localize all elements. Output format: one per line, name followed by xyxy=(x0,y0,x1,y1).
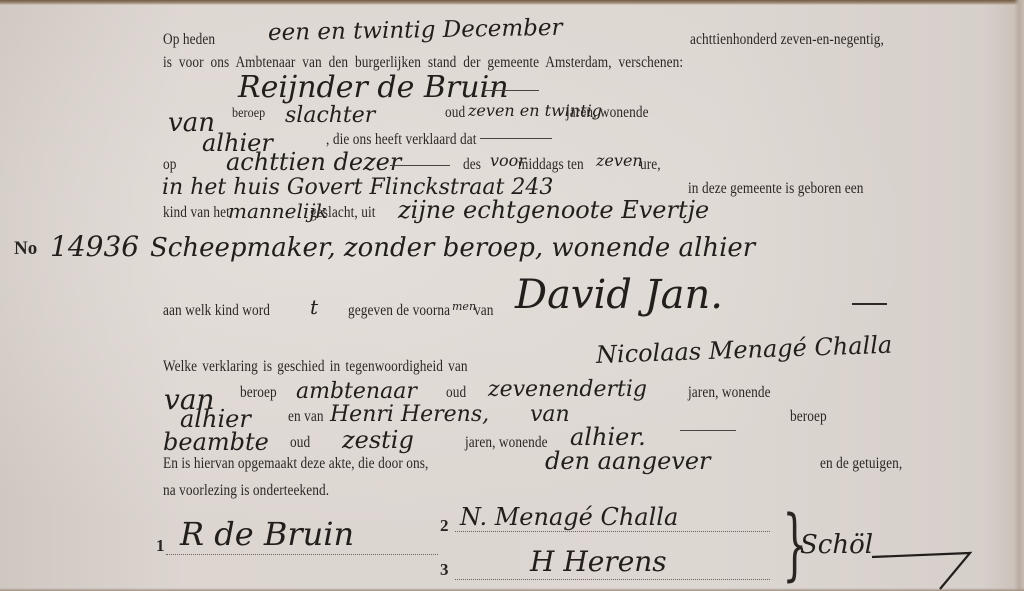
printed-onderteekend: na voorlezing is onderteekend. xyxy=(163,482,329,500)
printed-ure: ure, xyxy=(640,156,661,174)
signature-number-1: 1 xyxy=(156,536,165,556)
handwritten-van-3: van xyxy=(530,402,570,427)
page-right-edge xyxy=(1014,0,1024,591)
record-number-label: No xyxy=(14,238,37,260)
handwritten-witness1-occupation: ambtenaar xyxy=(296,379,417,404)
fill-rule xyxy=(480,138,552,139)
signature-witness-1: N. Menagé Challa xyxy=(460,503,678,531)
printed-jaren-wonende: jaren, wonende xyxy=(566,104,649,122)
fill-rule xyxy=(390,165,450,166)
printed-oud-3: oud xyxy=(290,434,310,452)
signature-number-2: 2 xyxy=(440,516,449,536)
handwritten-witness1-name: Nicolaas Menagé Challa xyxy=(596,331,893,369)
fill-rule xyxy=(483,90,539,91)
signature-official: Schöl xyxy=(800,530,873,560)
printed-verklaard-dat: , die ons heeft verklaard dat xyxy=(326,131,477,149)
printed-op: op xyxy=(163,156,177,174)
printed-year: achttienhonderd zeven-en-negentig, xyxy=(690,31,884,49)
printed-en-van: en van xyxy=(288,408,324,426)
signature-flourish xyxy=(870,545,990,591)
handwritten-witness2-name: Henri Herens, xyxy=(330,402,489,427)
fill-rule xyxy=(852,303,887,305)
handwritten-mother-a: zijne echtgenoote Evertje xyxy=(398,196,709,224)
handwritten-den-aangever: den aangever xyxy=(545,447,711,475)
printed-beroep-2: beroep xyxy=(240,384,277,402)
fill-rule xyxy=(680,430,736,431)
handwritten-mother-b: Scheepmaker, zonder beroep, wonende alhi… xyxy=(150,233,755,263)
handwritten-occupation: slachter xyxy=(285,103,375,128)
printed-oud-2: oud xyxy=(446,384,466,402)
signature-witness-2: H Herens xyxy=(530,545,667,578)
printed-van: van xyxy=(474,302,494,320)
page-top-edge xyxy=(0,0,1024,5)
handwritten-birth-day: achttien dezer xyxy=(226,148,401,176)
printed-des: des xyxy=(463,156,481,174)
handwritten-witness1-age: zevenendertig xyxy=(488,377,647,402)
handwritten-witness2-age: zestig xyxy=(342,426,414,454)
printed-aan-welk-kind: aan welk kind word xyxy=(163,302,270,320)
handwritten-men: men xyxy=(452,300,476,313)
printed-beroep: beroep xyxy=(232,106,265,122)
printed-middags-ten: middags ten xyxy=(518,156,584,174)
printed-kind-van-het: kind van het xyxy=(163,204,230,222)
printed-beroep-3: beroep xyxy=(790,408,827,426)
handwritten-witness2-occupation: beambte xyxy=(163,428,269,456)
signature-line-2 xyxy=(455,530,770,532)
signature-line-1 xyxy=(166,553,438,555)
printed-geslacht-uit: geslacht, uit xyxy=(310,204,376,222)
handwritten-date: een en twintig December xyxy=(268,15,563,46)
signature-number-3: 3 xyxy=(440,560,449,580)
printed-op-heden: Op heden xyxy=(163,31,215,49)
handwritten-declarant-name: Reijnder de Bruin xyxy=(238,70,509,105)
handwritten-child-names: David Jan. xyxy=(515,272,723,318)
printed-gegeven-de-voorna: gegeven de voorna xyxy=(348,302,450,320)
printed-jaren-wonende-2: jaren, wonende xyxy=(688,384,771,402)
printed-en-de-getuigen: en de getuigen, xyxy=(820,455,902,473)
handwritten-hour: zeven xyxy=(596,151,643,170)
printed-opgemaakt: En is hiervan opgemaakt deze akte, die d… xyxy=(163,455,428,473)
signature-declarant: R de Bruin xyxy=(180,515,354,553)
printed-jaren-wonende-3: jaren, wonende xyxy=(465,434,548,452)
record-number: 14936 xyxy=(50,230,139,263)
printed-verklaring: Welke verklaring is geschied in tegenwoo… xyxy=(163,358,468,376)
printed-geboren-een: in deze gemeente is geboren een xyxy=(688,180,864,198)
handwritten-t: t xyxy=(310,295,318,319)
signature-line-3 xyxy=(455,578,770,580)
printed-oud: oud xyxy=(445,104,465,122)
